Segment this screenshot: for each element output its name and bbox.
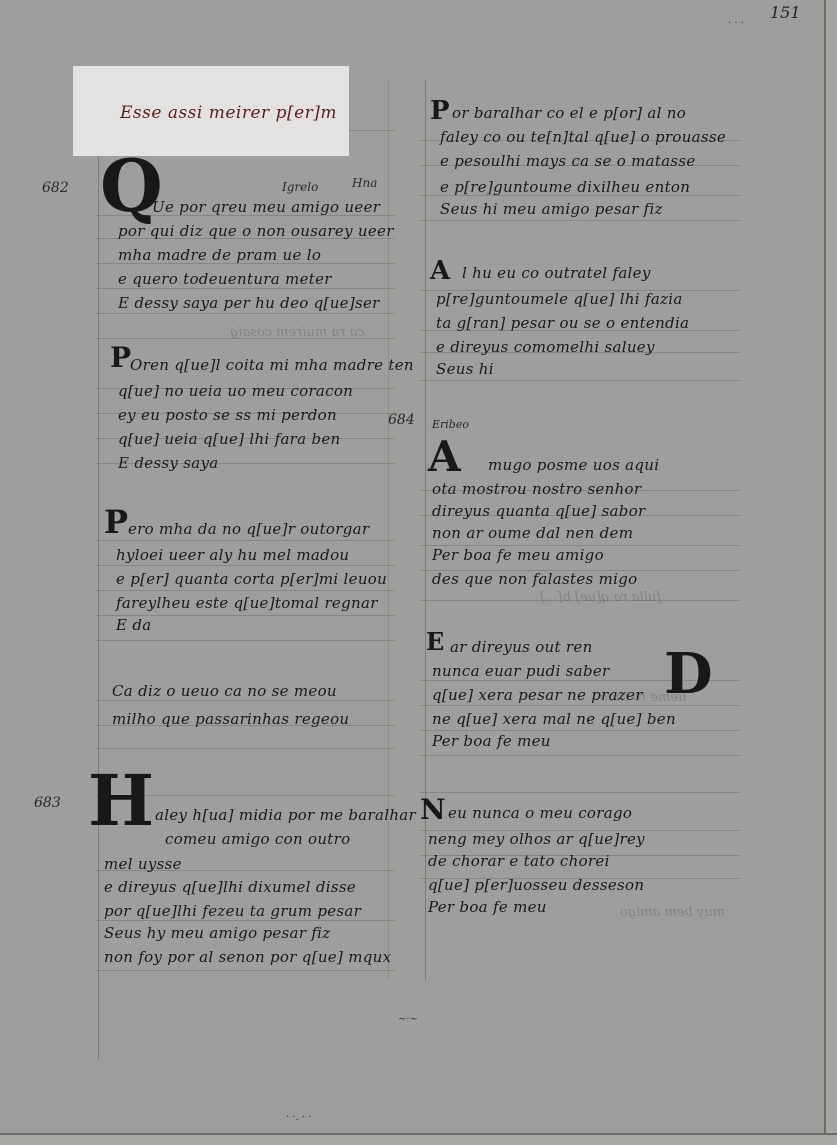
verse-line: por qui diz que o non ousarey ueer: [118, 222, 394, 240]
margin-mark: ~·~: [398, 1014, 418, 1025]
label: Eribeo: [432, 418, 469, 431]
ruling-line: [420, 792, 740, 793]
margin-rule: [425, 80, 426, 980]
ruling-line: [95, 565, 395, 566]
margin-rule: [388, 80, 389, 980]
ruling-line: [420, 730, 740, 731]
verse-line: hyloei ueer aly hu mel madou: [116, 546, 349, 564]
initial-p: P: [104, 506, 128, 538]
verse-line: Ca diz o ueuo ca no se meou: [112, 682, 337, 700]
initial-p: P: [110, 344, 131, 372]
ruling-line: [95, 540, 395, 541]
decorated-initial-h: H: [88, 766, 154, 836]
verse-line: e p[re]guntoume dixilheu enton: [440, 178, 690, 196]
page-edge-right: [824, 0, 837, 1145]
show-through-text: fulla ra q[ue] b[...]: [540, 590, 661, 605]
verse-line: q[ue] ueia q[ue] lhi fara ben: [118, 430, 341, 448]
rubric-heading: Esse assi meirer p[er]m: [120, 103, 337, 123]
verse-line: neng mey olhos ar q[ue]rey: [428, 830, 645, 848]
verse-line: ta g[ran] pesar ou se o entendia: [436, 314, 689, 332]
margin-mark: · ·. · ·: [286, 1112, 311, 1123]
verse-line: e direyus q[ue]lhi dixumel disse: [104, 878, 356, 896]
ruling-line: [95, 590, 395, 591]
initial-n: N: [420, 796, 446, 824]
initial-e: E: [426, 630, 444, 654]
verse-line: non foy por al senon por q[ue] mqux: [104, 948, 391, 966]
verse-line: l hu eu co outratel faley: [462, 264, 651, 282]
initial-p: P: [430, 98, 450, 124]
folio-number: 151: [770, 3, 801, 22]
ruling-line: [95, 748, 395, 749]
margin-number-683: 683: [34, 795, 61, 811]
verse-line: E dessy saya: [118, 454, 219, 472]
verse-line: ota mostrou nostro senhor: [432, 480, 641, 498]
page-edge-bottom: [0, 1133, 837, 1145]
margin-dots: · · ·: [728, 18, 744, 29]
verse-line: Per boa fe meu: [428, 898, 547, 916]
verse-line: direyus quanta q[ue] sabor: [432, 502, 646, 520]
verse-line: e pesoulhi mays ca se o matasse: [440, 152, 696, 170]
verse-line: q[ue] p[er]uosseu desseson: [428, 876, 644, 894]
verse-line: mugo posme uos aqui: [488, 456, 659, 474]
verse-line: e quero todeuentura meter: [118, 270, 332, 288]
ruling-line: [420, 380, 740, 381]
ruling-line: [95, 640, 395, 641]
verse-line: q[ue] xera pesar ne prazer: [432, 686, 643, 704]
verse-line: comeu amigo con outro: [165, 830, 350, 848]
verse-line: faley co ou te[n]tal q[ue] o prouasse: [440, 128, 726, 146]
verse-line: por q[ue]lhi fezeu ta grum pesar: [104, 902, 361, 920]
verse-line: aley h[ua] midia por me baralhar: [155, 806, 416, 824]
verse-line: p[re]guntoumele q[ue] lhi fazia: [436, 290, 683, 308]
verse-line: e direyus comomelhi saluey: [436, 338, 655, 356]
verse-line: Oren q[ue]l coita mi mha madre ten: [130, 356, 414, 374]
verse-line: fareylheu este q[ue]tomal regnar: [116, 594, 378, 612]
ruling-line: [95, 970, 395, 971]
verse-line: nunca euar pudi saber: [432, 662, 610, 680]
verse-line: mel uysse: [104, 855, 182, 873]
margin-rule: [98, 80, 99, 1060]
ruling-line: [420, 220, 740, 221]
verse-line: ar direyus out ren: [450, 638, 593, 656]
show-through-text: ca ra muirem cosaig: [230, 325, 365, 340]
verse-line: Seus hi meu amigo pesar fiz: [440, 200, 663, 218]
ruling-line: [95, 288, 395, 289]
verse-line: eu nunca o meu corago: [448, 804, 632, 822]
verse-line: E da: [116, 616, 151, 634]
verse-line: Per boa fe meu: [432, 732, 551, 750]
ruling-line: [420, 755, 740, 756]
verse-line: or baralhar co el e p[or] al no: [452, 104, 686, 122]
initial-a: A: [430, 258, 450, 284]
large-initial-d: D: [664, 646, 713, 702]
margin-number-682: 682: [42, 180, 69, 196]
verse-line: des que non falastes migo: [432, 570, 637, 588]
verse-line: Ue por qreu meu amigo ueer: [152, 198, 380, 216]
verse-line: ne q[ue] xera mal ne q[ue] ben: [432, 710, 676, 728]
verse-line: E dessy saya per hu deo q[ue]ser: [118, 294, 380, 312]
verse-line: q[ue] no ueia uo meu coracon: [118, 382, 353, 400]
verse-line: Per boa fe meu amigo: [432, 546, 604, 564]
manuscript-page: ca ra muirem cosaig fulla ra q[ue] b[...…: [0, 0, 824, 1133]
verse-line: mha madre de pram ue lo: [118, 246, 321, 264]
annotation: Igrelo: [282, 180, 318, 194]
verse-line: Seus hy meu amigo pesar fiz: [104, 924, 331, 942]
verse-line: de chorar e tato chorei: [428, 852, 610, 870]
show-through-text: muy bem amigo: [620, 905, 725, 920]
ruling-line: [95, 920, 395, 921]
verse-line: ey eu posto se ss mi perdon: [118, 406, 337, 424]
verse-line: non ar oume dal nen dem: [432, 524, 633, 542]
verse-line: ero mha da no q[ue]r outorgar: [128, 520, 369, 538]
margin-number-684: 684: [388, 412, 415, 428]
verse-line: Seus hi: [436, 360, 494, 378]
verse-line: e p[er] quanta corta p[er]mi leuou: [116, 570, 387, 588]
annotation: Hna: [352, 176, 377, 190]
ruling-line: [95, 313, 395, 314]
decorated-initial-a: A: [428, 436, 461, 478]
verse-line: milho que passarinhas regeou: [112, 710, 349, 728]
ruling-line: [95, 700, 395, 701]
